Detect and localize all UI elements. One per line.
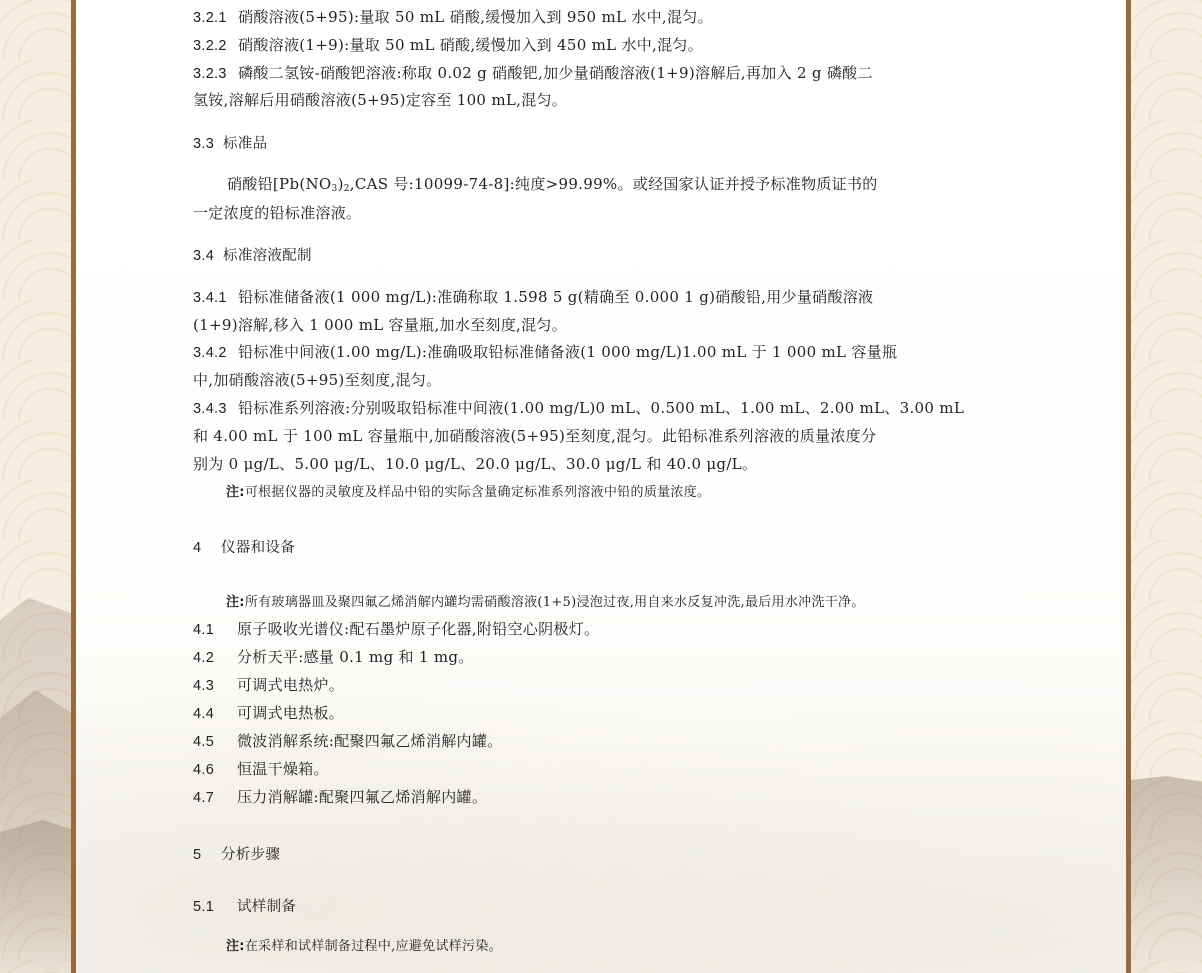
item-text: 微波消解系统:配聚四氟乙烯消解内罐。 (237, 732, 502, 750)
text-fragment: 硝酸铅[Pb(NO (227, 175, 332, 193)
heading-title: 标准溶液配制 (223, 248, 312, 264)
heading-number: 3.4 (193, 248, 223, 264)
clause-number: 3.4.3 (193, 401, 233, 417)
clause-text: 铅标准系列溶液:分别吸取铅标准中间液(1.00 mg/L)0 mL、0.500 … (238, 399, 964, 417)
heading-5-1: 5.1试样制备 (193, 895, 296, 916)
clause-number: 3.4.2 (193, 345, 233, 361)
clause-3-4-3: 3.4.3 铅标准系列溶液:分别吸取铅标准中间液(1.00 mg/L)0 mL、… (193, 397, 964, 418)
clause-text-continued: 和 4.00 mL 于 100 mL 容量瓶中,加硝酸溶液(5+95)至刻度,混… (193, 425, 876, 446)
paragraph-standard: 硝酸铅[Pb(NO3)2,CAS 号:10099-74-8]:纯度>99.99%… (227, 173, 878, 194)
clause-number: 3.2.3 (193, 66, 233, 82)
item-number: 4.5 (193, 734, 237, 750)
note-text: 可根据仪器的灵敏度及样品中铅的实际含量确定标准系列溶液中铅的质量浓度。 (245, 485, 711, 500)
clause-number: 3.2.2 (193, 38, 233, 54)
clause-3-2-2: 3.2.2 硝酸溶液(1+9):量取 50 mL 硝酸,缓慢加入到 450 mL… (193, 34, 703, 55)
item-number: 4.3 (193, 678, 237, 694)
item-4-4: 4.4可调式电热板。 (193, 702, 344, 723)
clause-text: 硝酸溶液(1+9):量取 50 mL 硝酸,缓慢加入到 450 mL 水中,混匀… (238, 36, 703, 54)
heading-5: 5分析步骤 (193, 843, 280, 864)
item-number: 4.7 (193, 790, 237, 806)
document-page: 3.2.1 硝酸溶液(5+95):量取 50 mL 硝酸,缓慢加入到 950 m… (76, 0, 1126, 973)
item-number: 4.4 (193, 706, 237, 722)
item-4-2: 4.2分析天平:感量 0.1 mg 和 1 mg。 (193, 646, 474, 667)
right-border-line (1126, 0, 1131, 973)
paragraph-standard-continued: 一定浓度的铅标准溶液。 (193, 202, 361, 223)
clause-number: 3.4.1 (193, 290, 233, 306)
note-label: 注: (226, 485, 245, 500)
heading-title: 标准品 (223, 136, 267, 152)
clause-3-2-1: 3.2.1 硝酸溶液(5+95):量取 50 mL 硝酸,缓慢加入到 950 m… (193, 6, 713, 27)
heading-3-4: 3.4标准溶液配制 (193, 244, 312, 265)
item-4-6: 4.6恒温干燥箱。 (193, 758, 329, 779)
item-number: 4.2 (193, 650, 237, 666)
note-5-1: 注:在采样和试样制备过程中,应避免试样污染。 (226, 935, 502, 954)
clause-text-continued: (1+9)溶解,移入 1 000 mL 容量瓶,加水至刻度,混匀。 (193, 314, 567, 335)
item-number: 4.1 (193, 622, 237, 638)
right-decorative-panel (1131, 0, 1202, 973)
item-text: 可调式电热炉。 (237, 676, 344, 694)
item-text: 分析天平:感量 0.1 mg 和 1 mg。 (237, 648, 474, 666)
item-4-1: 4.1原子吸收光谱仪:配石墨炉原子化器,附铅空心阴极灯。 (193, 618, 599, 639)
clause-text-continued: 别为 0 μg/L、5.00 μg/L、10.0 μg/L、20.0 μg/L、… (193, 453, 757, 474)
note-text: 在采样和试样制备过程中,应避免试样污染。 (245, 939, 502, 954)
heading-3-3: 3.3标准品 (193, 132, 267, 153)
item-4-7: 4.7压力消解罐:配聚四氟乙烯消解内罐。 (193, 786, 487, 807)
heading-number: 4 (193, 540, 221, 556)
clause-3-4-2: 3.4.2 铅标准中间液(1.00 mg/L):准确吸取铅标准储备液(1 000… (193, 341, 897, 362)
heading-title: 试样制备 (237, 899, 296, 915)
clause-3-2-3: 3.2.3 磷酸二氢铵-硝酸钯溶液:称取 0.02 g 硝酸钯,加少量硝酸溶液(… (193, 62, 873, 83)
note-label: 注: (226, 939, 245, 954)
note-3-4-3: 注:可根据仪器的灵敏度及样品中铅的实际含量确定标准系列溶液中铅的质量浓度。 (226, 481, 710, 500)
item-text: 压力消解罐:配聚四氟乙烯消解内罐。 (237, 788, 487, 806)
heading-title: 仪器和设备 (221, 540, 295, 556)
clause-3-4-1: 3.4.1 铅标准储备液(1 000 mg/L):准确称取 1.598 5 g(… (193, 286, 873, 307)
item-4-3: 4.3可调式电热炉。 (193, 674, 344, 695)
item-text: 恒温干燥箱。 (237, 760, 329, 778)
text-fragment: ,CAS 号:10099-74-8]:纯度>99.99%。或经国家认证并授予标准… (350, 175, 878, 193)
item-number: 4.6 (193, 762, 237, 778)
note-label: 注: (226, 595, 245, 610)
clause-text-continued: 氢铵,溶解后用硝酸溶液(5+95)定容至 100 mL,混匀。 (193, 89, 567, 110)
heading-title: 分析步骤 (221, 847, 280, 863)
clause-text: 硝酸溶液(5+95):量取 50 mL 硝酸,缓慢加入到 950 mL 水中,混… (238, 8, 713, 26)
left-decorative-panel (0, 0, 71, 973)
item-text: 可调式电热板。 (237, 704, 344, 722)
clause-text-continued: 中,加硝酸溶液(5+95)至刻度,混匀。 (193, 369, 441, 390)
heading-number: 5.1 (193, 899, 237, 915)
heading-4: 4仪器和设备 (193, 536, 295, 557)
clause-number: 3.2.1 (193, 10, 233, 26)
heading-number: 5 (193, 847, 221, 863)
item-text: 原子吸收光谱仪:配石墨炉原子化器,附铅空心阴极灯。 (237, 620, 599, 638)
clause-text: 磷酸二氢铵-硝酸钯溶液:称取 0.02 g 硝酸钯,加少量硝酸溶液(1+9)溶解… (238, 64, 873, 82)
clause-text: 铅标准储备液(1 000 mg/L):准确称取 1.598 5 g(精确至 0.… (238, 288, 873, 306)
item-4-5: 4.5微波消解系统:配聚四氟乙烯消解内罐。 (193, 730, 502, 751)
clause-text: 铅标准中间液(1.00 mg/L):准确吸取铅标准储备液(1 000 mg/L)… (238, 343, 897, 361)
heading-number: 3.3 (193, 136, 223, 152)
note-text: 所有玻璃器皿及聚四氟乙烯消解内罐均需硝酸溶液(1+5)浸泡过夜,用自来水反复冲洗… (245, 595, 865, 610)
note-4: 注:所有玻璃器皿及聚四氟乙烯消解内罐均需硝酸溶液(1+5)浸泡过夜,用自来水反复… (226, 591, 865, 610)
